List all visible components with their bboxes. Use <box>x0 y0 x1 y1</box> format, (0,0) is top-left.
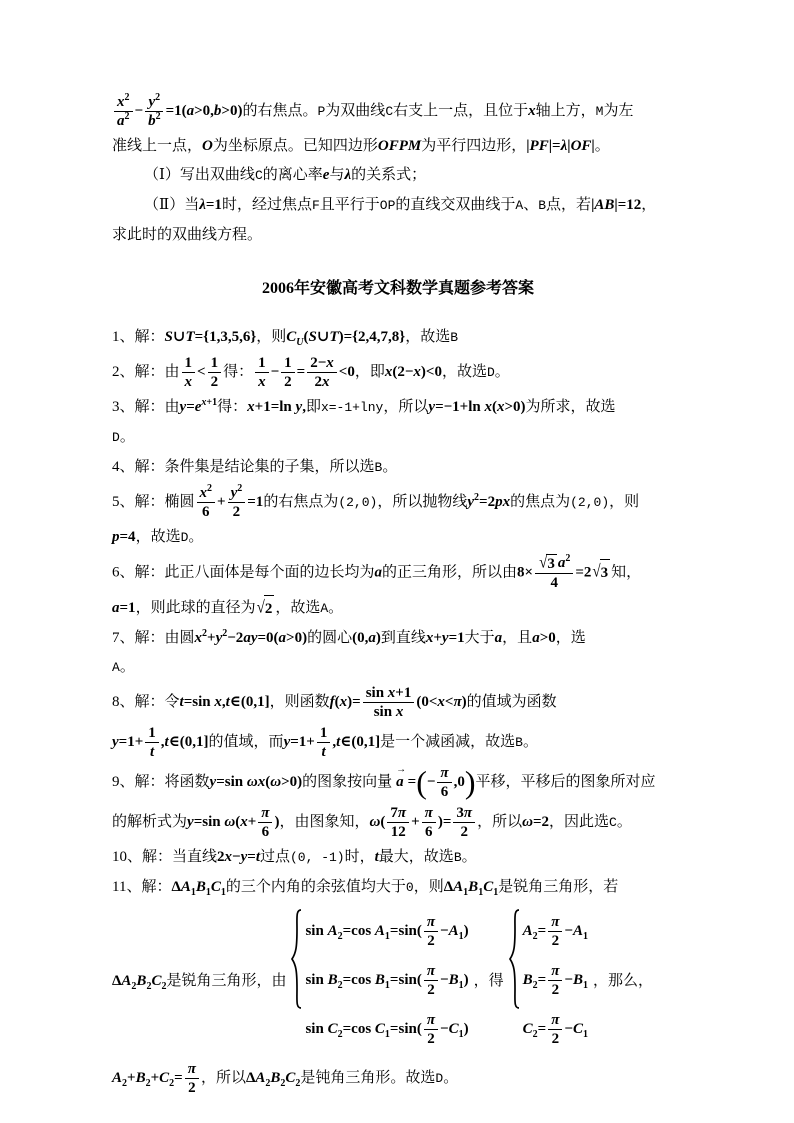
fraction: x2a2 <box>114 93 133 130</box>
text: 1、解： <box>112 329 165 345</box>
plain-text: B <box>450 330 458 345</box>
math-expression: y=1+ <box>284 734 315 750</box>
fraction: 1x <box>255 354 269 391</box>
plain-text: (2,0) <box>338 495 377 510</box>
math-expression: t <box>322 744 326 760</box>
text: 的正三角形，所以由 <box>382 564 517 580</box>
text: ，选 <box>556 630 586 646</box>
text: 是锐角三角形，若 <box>498 879 618 895</box>
text: 。 <box>495 364 510 380</box>
text: 是锐角三角形，由 <box>166 968 286 994</box>
math-expression: = <box>408 774 417 790</box>
math-expression: a=1 <box>112 600 136 616</box>
math-expression: x2 <box>200 485 213 501</box>
math-expression: 2 <box>427 982 435 998</box>
equation-row: sin A2=cos A1=sin(π2−A1) <box>305 913 468 950</box>
math-expression: a2 <box>117 113 130 129</box>
text: 为平行四边形， <box>421 138 526 154</box>
fraction: 2−x2x <box>307 354 337 391</box>
math-expression: 2 <box>233 504 241 520</box>
fraction: 1t <box>145 724 159 761</box>
math-expression: S∪T={1,3,5,6} <box>165 329 257 345</box>
text: 4、解：条件集是结论集的子集，所以选 <box>112 459 375 475</box>
math-expression: x+y=1 <box>426 630 465 646</box>
brace-icon <box>291 909 303 1009</box>
text: 10、解：当直线 <box>112 849 217 865</box>
answer-1: 1、解：S∪T={1,3,5,6}，则CU(S∪T)={2,4,7,8}，故选B <box>112 324 684 351</box>
math-expression: −A1 <box>564 923 588 939</box>
math-expression: π <box>440 765 448 781</box>
vector-symbol: →a <box>394 769 406 795</box>
text: ，故选 <box>405 329 450 345</box>
math-expression: 8× <box>517 564 533 580</box>
math-expression: π <box>427 1012 435 1028</box>
text: 点，若 <box>546 197 591 213</box>
text: 6、解：此正八面体是每个面的边长均为 <box>112 564 375 580</box>
plain-text: A <box>320 601 328 616</box>
fraction: x26 <box>197 484 216 521</box>
math-expression: + <box>411 814 420 830</box>
plain-text: OP <box>380 198 396 213</box>
text: 右支上一点，且位于 <box>393 103 528 119</box>
math-expression: A2= <box>523 923 547 939</box>
answer-3-line-2: D。 <box>112 424 684 451</box>
text: 。 <box>328 600 343 616</box>
math-expression: (0<x<π) <box>416 694 466 710</box>
answer-9-line-1: 9、解：将函数y=sin ωx(ω>0)的图象按向量→a=(−π6,0)平移，平… <box>112 764 684 801</box>
text: ，得 <box>474 968 504 994</box>
math-expression: y=sin ωx(ω>0) <box>210 774 303 790</box>
fraction: π2 <box>548 1011 562 1048</box>
math-expression: −A1) <box>440 923 469 939</box>
text: 为双曲线 <box>325 103 385 119</box>
math-expression: CU(S∪T)={2,4,7,8} <box>286 329 405 345</box>
text: ，则此球的直径为 <box>136 600 256 616</box>
text: 且平行于 <box>320 197 380 213</box>
text: 的解析式为 <box>112 814 187 830</box>
math-expression: a2 <box>558 555 571 571</box>
math-expression: x <box>258 374 266 390</box>
math-expression: −B1) <box>440 972 469 988</box>
equation-row: sin C2=cos C1=sin(π2−C1) <box>305 1011 468 1048</box>
math-expression: ,0 <box>454 774 465 790</box>
text: 为坐标原点。已知四边形 <box>213 138 378 154</box>
text: 的三个内角的余弦值均大于 <box>226 879 406 895</box>
math-expression: λ=1 <box>199 197 222 213</box>
math-expression: 2x−y=t <box>217 849 260 865</box>
equation-system: A2=π2−A1B2=π2−B1C2=π2−C1 <box>509 909 588 1052</box>
math-expression: sin x <box>374 704 404 720</box>
text: 轴上方， <box>536 103 596 119</box>
plain-text: C <box>255 168 263 183</box>
math-expression: 2−x <box>310 355 334 371</box>
text: 的右焦点为 <box>263 494 338 510</box>
math-expression: 2 <box>427 933 435 949</box>
math-expression: −C1) <box>440 1021 469 1037</box>
equation-system: sin A2=cos A1=sin(π2−A1)sin B2=cos B1=si… <box>291 909 468 1052</box>
plain-text: A <box>112 660 120 675</box>
text: 的值域，而 <box>209 734 284 750</box>
answer-3-line-1: 3、解：由y=ex+1得：x+1=ln y,即x=-1+lny，所以y=−1+l… <box>112 394 684 421</box>
math-expression: y2 <box>231 485 243 501</box>
math-expression: 2 <box>265 601 273 617</box>
math-expression: a>0 <box>532 630 556 646</box>
math-expression: y=ex+1 <box>180 399 218 415</box>
text: 得： <box>223 364 253 380</box>
math-expression: 4 <box>550 575 558 591</box>
math-expression: =1 <box>247 494 263 510</box>
math-expression: 7π <box>390 805 406 821</box>
text: 的右焦点。 <box>242 103 317 119</box>
math-expression: y2 <box>148 94 160 110</box>
fraction: y22 <box>228 484 246 521</box>
math-expression: 6 <box>202 504 210 520</box>
text: ，且 <box>502 630 532 646</box>
math-expression: ,t∈(0,1] <box>332 734 380 750</box>
answer-6-line-2: a=1，则此球的直径为√2，故选A。 <box>112 595 684 622</box>
math-expression: 1 <box>320 725 328 741</box>
answer-5-line-1: 5、解：椭圆x26+y22=1的右焦点为(2,0)，所以抛物线y2=2px的焦点… <box>112 484 684 521</box>
plain-text: B <box>538 198 546 213</box>
text: 过点 <box>260 849 290 865</box>
math-expression: < <box>197 364 206 380</box>
text: ，那么， <box>593 968 653 994</box>
math-expression: sin x+1 <box>366 685 412 701</box>
math-expression: <0 <box>339 364 355 380</box>
text: 。 <box>120 429 135 445</box>
sqrt-radical: √2 <box>257 595 275 622</box>
brace-icon <box>509 909 521 1009</box>
text: 11、解： <box>112 879 171 895</box>
math-expression: −C1 <box>564 1021 588 1037</box>
equation-row: C2=π2−C1 <box>523 1011 588 1048</box>
answer-5-line-2: p=4，故选D。 <box>112 524 684 551</box>
text: 为所求，故选 <box>526 399 616 415</box>
math-expression: −B1 <box>564 972 588 988</box>
math-expression: = <box>297 364 306 380</box>
math-expression: 2 <box>211 374 219 390</box>
fraction: π6 <box>437 764 451 801</box>
math-expression: sin A2=cos A1=sin( <box>305 923 421 939</box>
math-expression: 2 <box>427 1031 435 1047</box>
text: 与 <box>329 167 344 183</box>
math-expression: π <box>551 914 559 930</box>
answer-11-system: ΔA2B2C2是锐角三角形，由sin A2=cos A1=sin(π2−A1)s… <box>112 909 684 1052</box>
text: 5、解：椭圆 <box>112 494 195 510</box>
math-expression: 6 <box>425 824 433 840</box>
text: 最大，故选 <box>379 849 454 865</box>
plain-text: D <box>487 365 495 380</box>
text: 。 <box>188 529 203 545</box>
fraction: π2 <box>548 913 562 950</box>
answer-7-line-2: A。 <box>112 654 684 681</box>
text: ， <box>641 197 656 213</box>
text: 知， <box>611 564 641 580</box>
text: 是一个减函减，故选 <box>380 734 515 750</box>
math-expression: ω=2 <box>522 814 549 830</box>
math-expression: O <box>202 138 213 154</box>
fraction: sin x+1sin x <box>363 684 415 721</box>
page: x2a2−y2b2=1(a>0,b>0)的右焦点。P为双曲线C右支上一点，且位于… <box>0 0 794 1123</box>
answer-7-line-1: 7、解：由圆x2+y2−2ay=0(a>0)的圆心(0,a)到直线x+y=1大于… <box>112 625 684 651</box>
math-expression: ω( <box>370 814 386 830</box>
math-expression: |AB|=12 <box>591 197 641 213</box>
math-expression: 3π <box>456 805 472 821</box>
problem-line-1: x2a2−y2b2=1(a>0,b>0)的右焦点。P为双曲线C右支上一点，且位于… <box>112 93 684 130</box>
text: ，则函数 <box>270 694 330 710</box>
fraction: π6 <box>422 804 436 841</box>
problem-part-2: （Ⅱ）当λ=1时，经过焦点F且平行于OP的直线交双曲线于A、B点，若|AB|=1… <box>112 192 684 219</box>
problem-line-5: 求此时的双曲线方程。 <box>112 222 684 248</box>
fraction: 7π12 <box>387 804 409 841</box>
text: ，所以 <box>477 814 522 830</box>
math-expression: 2 <box>552 982 560 998</box>
fraction: 3π2 <box>453 804 475 841</box>
math-expression: B2= <box>523 972 547 988</box>
math-expression: ΔA2B2C2 <box>112 968 166 994</box>
text: ，所以 <box>201 1070 246 1086</box>
math-expression: 1 <box>284 355 292 371</box>
math-expression: − <box>135 103 144 119</box>
text: 2006年安徽高考文科数学真题参考答案 <box>262 280 534 297</box>
answer-8-line-2: y=1+1t,t∈(0,1]的值域，而y=1+1t,t∈(0,1]是一个减函减，… <box>112 724 684 761</box>
plain-text: 0 <box>406 880 414 895</box>
math-expression: 6 <box>441 784 449 800</box>
math-expression: p=4 <box>112 529 136 545</box>
math-expression: 2 <box>284 374 292 390</box>
text: 。 <box>462 849 477 865</box>
plain-text: D <box>112 430 120 445</box>
fraction: 12 <box>281 354 295 391</box>
text: ，故选 <box>442 364 487 380</box>
math-expression: sin C2=cos C1=sin( <box>305 1021 421 1037</box>
big-paren: ( <box>416 764 427 800</box>
math-expression: 1 <box>148 725 156 741</box>
math-expression: x <box>528 103 536 119</box>
text: 。 <box>523 734 538 750</box>
text: 为左 <box>603 103 633 119</box>
text: 9、解：将函数 <box>112 774 210 790</box>
math-expression: x(2−x)<0 <box>385 364 442 380</box>
fraction: π2 <box>185 1060 199 1097</box>
text: 、 <box>523 197 538 213</box>
answer-11-line-1: 11、解：ΔA1B1C1的三个内角的余弦值均大于0，则ΔA1B1C1是锐角三角形… <box>112 874 684 901</box>
math-expression: x <box>185 374 193 390</box>
text: 时， <box>345 849 375 865</box>
math-expression: π <box>551 1012 559 1028</box>
math-expression: sin B2=cos B1=sin( <box>305 972 421 988</box>
answers-title: 2006年安徽高考文科数学真题参考答案 <box>112 276 684 302</box>
math-expression: 2 <box>188 1080 196 1096</box>
math-expression: ΔA2B2C2 <box>246 1070 300 1086</box>
sqrt-radical: √3 <box>592 559 610 586</box>
math-expression: π <box>427 963 435 979</box>
math-expression: y2=2px <box>467 494 510 510</box>
math-expression: π <box>261 805 269 821</box>
plain-text: B <box>515 735 523 750</box>
math-expression: x2+y2−2ay=0(a>0) <box>195 630 308 646</box>
text: 求此时的双曲线方程。 <box>112 227 262 243</box>
text: ，所以抛物线 <box>377 494 467 510</box>
text: 。 <box>382 459 397 475</box>
math-expression: |PF|=λ|OF| <box>526 138 594 154</box>
math-expression: 6 <box>262 824 270 840</box>
plain-text: C <box>385 104 393 119</box>
answer-11-line-3: A2+B2+C2=π2，所以ΔA2B2C2是钝角三角形。故选D。 <box>112 1060 684 1097</box>
text: 。 <box>443 1070 458 1086</box>
equation-row: B2=π2−B1 <box>523 962 588 999</box>
math-expression: 12 <box>391 824 406 840</box>
fraction: 12 <box>208 354 222 391</box>
math-expression: C2= <box>523 1021 547 1037</box>
text: 。 <box>617 814 632 830</box>
plain-text: (0, -1) <box>290 850 345 865</box>
text: 的圆心 <box>307 630 352 646</box>
math-expression: =2 <box>575 564 591 580</box>
math-expression: 2 <box>460 824 468 840</box>
math-expression: 2 <box>552 1031 560 1047</box>
text: 得： <box>217 399 247 415</box>
math-expression: x2 <box>117 94 130 110</box>
equation-row: sin B2=cos B1=sin(π2−B1) <box>305 962 468 999</box>
text: （Ⅱ）当 <box>144 197 199 213</box>
fraction: y2b2 <box>145 93 164 130</box>
text: 的直线交双曲线于 <box>395 197 515 213</box>
math-expression: 3 <box>601 565 609 581</box>
plain-text: B <box>454 850 462 865</box>
text: ，即 <box>355 364 385 380</box>
text: ，故选 <box>275 600 320 616</box>
math-expression: + <box>217 494 226 510</box>
answer-2: 2、解：由1x<12得：1x−12=2−x2x<0，即x(2−x)<0，故选D。 <box>112 354 684 391</box>
plain-text: F <box>312 198 320 213</box>
text: 8、解：令 <box>112 694 180 710</box>
text: 3、解：由 <box>112 399 180 415</box>
text: ，则 <box>256 329 286 345</box>
big-paren: ) <box>465 764 476 800</box>
text: 时，经过焦点 <box>222 197 312 213</box>
fraction: √3a24 <box>535 554 573 592</box>
math-expression: A2+B2+C2= <box>112 1070 183 1086</box>
math-expression: t <box>150 744 154 760</box>
fraction: π2 <box>424 1011 438 1048</box>
text: 。 <box>595 138 610 154</box>
sqrt-radical: √3 <box>539 554 557 573</box>
text: ，则 <box>414 879 444 895</box>
text: 是钝角三角形。故选 <box>300 1070 435 1086</box>
math-expression: OFPM <box>378 138 421 154</box>
text: ，由图象知， <box>279 814 369 830</box>
answer-4: 4、解：条件集是结论集的子集，所以选B。 <box>112 454 684 481</box>
text: 准线上一点， <box>112 138 202 154</box>
fraction: π2 <box>424 962 438 999</box>
math-expression: π <box>425 805 433 821</box>
math-expression: ΔA1B1C1 <box>444 879 498 895</box>
math-expression: b2 <box>148 113 161 129</box>
text: 的关系式； <box>351 167 426 183</box>
text: 大于 <box>465 630 495 646</box>
math-expression: − <box>427 774 436 790</box>
math-expression: π <box>551 963 559 979</box>
answer-9-line-2: 的解析式为y=sin ω(x+π6)，由图象知，ω(7π12+π6)=3π2，所… <box>112 804 684 841</box>
math-expression: )= <box>438 814 452 830</box>
math-expression: t=sin x,t∈(0,1] <box>180 694 270 710</box>
problem-line-2: 准线上一点，O为坐标原点。已知四边形OFPM为平行四边形，|PF|=λ|OF|。 <box>112 133 684 159</box>
math-expression: − <box>271 364 280 380</box>
answer-6-line-1: 6、解：此正八面体是每个面的边长均为a的正三角形，所以由8×√3a24=2√3知… <box>112 554 684 592</box>
plain-text: (2,0) <box>570 495 609 510</box>
equation-row: A2=π2−A1 <box>523 913 588 950</box>
text: 即 <box>306 399 321 415</box>
text: 的焦点为 <box>510 494 570 510</box>
text: 的图象按向量 <box>302 774 392 790</box>
math-expression: π <box>188 1061 196 1077</box>
text: ，因此选 <box>549 814 609 830</box>
plain-text: x=-1+lny <box>321 400 383 415</box>
document-content: x2a2−y2b2=1(a>0,b>0)的右焦点。P为双曲线C右支上一点，且位于… <box>112 90 684 1100</box>
text: 2、解：由 <box>112 364 180 380</box>
text: （Ⅰ）写出双曲线 <box>144 167 255 183</box>
answer-8-line-1: 8、解：令t=sin x,t∈(0,1]，则函数f(x)=sin x+1sin … <box>112 684 684 721</box>
fraction: π2 <box>548 962 562 999</box>
fraction: 1x <box>182 354 196 391</box>
math-expression: x+1=ln y, <box>247 399 306 415</box>
math-expression: 3 <box>547 556 555 572</box>
math-expression: y=sin ω(x+ <box>187 814 256 830</box>
math-expression: (0,a) <box>352 630 381 646</box>
text: 7、解：由圆 <box>112 630 195 646</box>
text: ，则 <box>609 494 639 510</box>
math-expression: 1 <box>185 355 193 371</box>
math-expression: ,t∈(0,1] <box>161 734 209 750</box>
text: ，故选 <box>136 529 181 545</box>
fraction: 1t <box>317 724 331 761</box>
answer-10: 10、解：当直线2x−y=t过点(0, -1)时，t最大，故选B。 <box>112 844 684 871</box>
math-expression: y=1+ <box>112 734 143 750</box>
math-expression: =1(a>0,b>0) <box>166 103 243 119</box>
fraction: π2 <box>424 913 438 950</box>
math-expression: y=−1+ln x(x>0) <box>428 399 525 415</box>
fraction: π6 <box>258 804 272 841</box>
text: ，所以 <box>383 399 428 415</box>
text: 。 <box>120 659 135 675</box>
math-expression: a <box>375 564 383 580</box>
math-expression: 2 <box>552 933 560 949</box>
math-expression: 2x <box>315 374 330 390</box>
text: 的值域为函数 <box>467 694 557 710</box>
math-expression: ΔA1B1C1 <box>171 879 225 895</box>
text: 到直线 <box>381 630 426 646</box>
math-expression: f(x)= <box>330 694 361 710</box>
plain-text: C <box>609 815 617 830</box>
problem-part-1: （Ⅰ）写出双曲线C的离心率e与λ的关系式； <box>112 162 684 189</box>
math-expression: 1 <box>258 355 266 371</box>
math-expression: 1 <box>211 355 219 371</box>
text: 平移，平移后的图象所对应 <box>476 774 656 790</box>
text: 的离心率 <box>263 167 323 183</box>
math-expression: π <box>427 914 435 930</box>
